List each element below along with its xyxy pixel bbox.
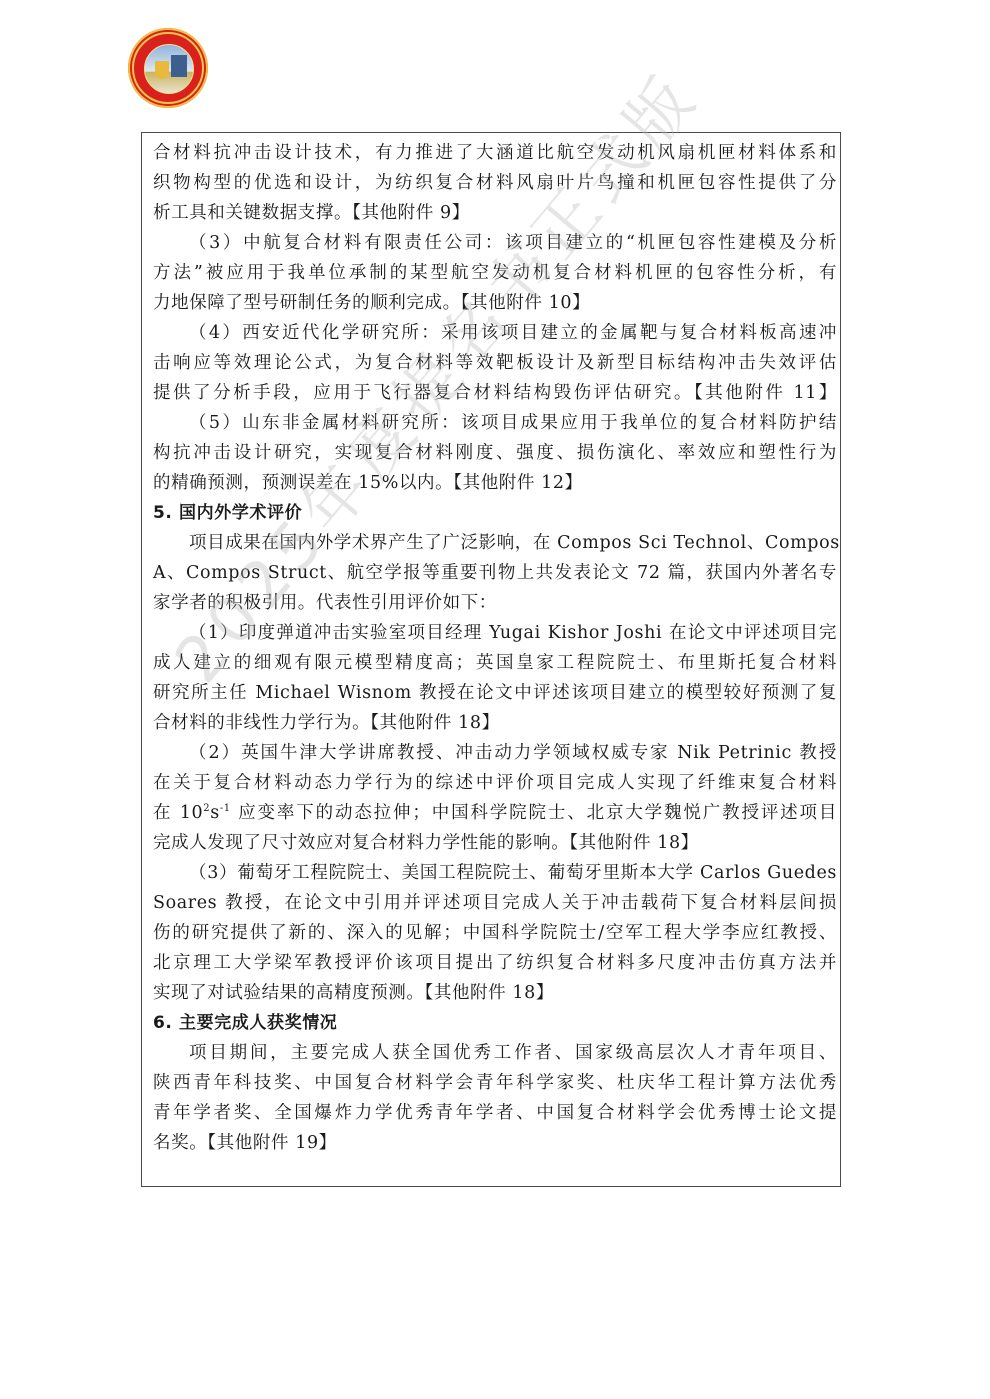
section-heading-academic-evaluation: 5. 国内外学术评价 xyxy=(153,498,837,528)
text-line: （3）葡萄牙工程院院士、美国工程院院士、葡萄牙里斯本大学 Carlos Gued… xyxy=(153,858,837,888)
text-line: 力地保障了型号研制任务的顺利完成。【其他附件 10】 xyxy=(153,288,837,318)
trophy-icon xyxy=(155,61,169,79)
superscript: -1 xyxy=(220,803,231,814)
text-line: （1）印度弹道冲击实验室项目经理 Yugai Kishor Joshi 在论文中… xyxy=(153,618,837,648)
text-line: Soares 教授，在论文中引用并评述项目完成人关于冲击载荷下复合材料层间损 xyxy=(153,888,837,918)
text-line: 击响应等效理论公式，为复合材料等效靶板设计及新型目标结构冲击失效评估 xyxy=(153,348,837,378)
text-line: 北京理工大学梁军教授评价该项目提出了纺织复合材料多尺度冲击仿真方法并 xyxy=(153,948,837,978)
text-line: （3）中航复合材料有限责任公司：该项目建立的“机匣包容性建模及分析 xyxy=(153,228,837,258)
paragraph-item-3: （3）中航复合材料有限责任公司：该项目建立的“机匣包容性建模及分析 方法”被应用… xyxy=(153,228,837,318)
text-line: 名奖。【其他附件 19】 xyxy=(153,1128,837,1158)
paragraph-citation-1: （1）印度弹道冲击实验室项目经理 Yugai Kishor Joshi 在论文中… xyxy=(153,618,837,738)
paragraph-item-4: （4）西安近代化学研究所：采用该项目建立的金属靶与复合材料板高速冲 击响应等效理… xyxy=(153,318,837,408)
text-fragment: s xyxy=(210,803,220,823)
paragraph-item-5: （5）山东非金属材料研究所：该项目成果应用于我单位的复合材料防护结 构抗冲击设计… xyxy=(153,408,837,498)
document-body: 合材料抗冲击设计技术，有力推进了大涵道比航空发动机风扇机匣材料体系和 织物构型的… xyxy=(153,138,837,1158)
building-icon xyxy=(171,55,187,77)
text-line: 伤的研究提供了新的、深入的见解；中国科学院院士/空军工程大学李应红教授、 xyxy=(153,918,837,948)
text-line: 家学者的积极引用。代表性引用评价如下： xyxy=(153,588,837,618)
paragraph-section4-continuation: 合材料抗冲击设计技术，有力推进了大涵道比航空发动机风扇机匣材料体系和 织物构型的… xyxy=(153,138,837,228)
paragraph-citation-2: （2）英国牛津大学讲席教授、冲击动力学领域权威专家 Nik Petrinic 教… xyxy=(153,738,837,858)
text-line: 完成人发现了尺寸效应对复合材料力学性能的影响。【其他附件 18】 xyxy=(153,828,837,858)
text-line: 合材料抗冲击设计技术，有力推进了大涵道比航空发动机风扇机匣材料体系和 xyxy=(153,138,837,168)
text-line: 的精确预测，预测误差在 15%以内。【其他附件 12】 xyxy=(153,468,837,498)
text-line: A、Compos Struct、航空学报等重要刊物上共发表论文 72 篇，获国内… xyxy=(153,558,837,588)
text-fragment: 应变率下的动态拉伸；中国科学院院士、北京大学魏悦广教授评述项目 xyxy=(231,803,837,823)
paragraph-awards: 项目期间，主要完成人获全国优秀工作者、国家级高层次人才青年项目、 陕西青年科技奖… xyxy=(153,1038,837,1158)
text-line: 青年学者奖、全国爆炸力学优秀青年学者、中国复合材料学会优秀博士论文提 xyxy=(153,1098,837,1128)
text-line: 项目成果在国内外学术界产生了广泛影响，在 Compos Sci Technol、… xyxy=(153,528,837,558)
text-line: （2）英国牛津大学讲席教授、冲击动力学领域权威专家 Nik Petrinic 教… xyxy=(153,738,837,768)
text-line: 在关于复合材料动态力学行为的综述中评价项目完成人实现了纤维束复合材料 xyxy=(153,768,837,798)
text-line: 织物构型的优选和设计，为纺织复合材料风扇叶片鸟撞和机匣包容性提供了分 xyxy=(153,168,837,198)
paragraph-citation-3: （3）葡萄牙工程院院士、美国工程院院士、葡萄牙里斯本大学 Carlos Gued… xyxy=(153,858,837,1008)
text-line: 成人建立的细观有限元模型精度高；英国皇家工程院院士、布里斯托复合材料 xyxy=(153,648,837,678)
text-line: 合材料的非线性力学行为。【其他附件 18】 xyxy=(153,708,837,738)
text-line: 析工具和关键数据支撑。【其他附件 9】 xyxy=(153,198,837,228)
text-line: 提供了分析手段，应用于飞行器复合材料结构毁伤评估研究。【其他附件 11】 xyxy=(153,378,837,408)
paragraph-section5-intro: 项目成果在国内外学术界产生了广泛影响，在 Compos Sci Technol、… xyxy=(153,528,837,618)
text-fragment: 在 10 xyxy=(153,803,203,823)
text-line: （5）山东非金属材料研究所：该项目成果应用于我单位的复合材料防护结 xyxy=(153,408,837,438)
text-line: 研究所主任 Michael Wisnom 教授在论文中评述该项目建立的模型较好预… xyxy=(153,678,837,708)
organization-seal-logo xyxy=(128,28,208,108)
text-line-strain-rate: 在 102s-1 应变率下的动态拉伸；中国科学院院士、北京大学魏悦广教授评述项目 xyxy=(153,798,837,828)
seal-emblem xyxy=(144,44,194,94)
section-heading-awards: 6. 主要完成人获奖情况 xyxy=(153,1008,837,1038)
text-line: （4）西安近代化学研究所：采用该项目建立的金属靶与复合材料板高速冲 xyxy=(153,318,837,348)
text-line: 项目期间，主要完成人获全国优秀工作者、国家级高层次人才青年项目、 xyxy=(153,1038,837,1068)
text-line: 实现了对试验结果的高精度预测。【其他附件 18】 xyxy=(153,978,837,1008)
text-line: 陕西青年科技奖、中国复合材料学会青年科学家奖、杜庆华工程计算方法优秀 xyxy=(153,1068,837,1098)
text-line: 构抗冲击设计研究，实现复合材料刚度、强度、损伤演化、率效应和塑性行为 xyxy=(153,438,837,468)
text-line: 方法”被应用于我单位承制的某型航空发动机复合材料机匣的包容性分析，有 xyxy=(153,258,837,288)
